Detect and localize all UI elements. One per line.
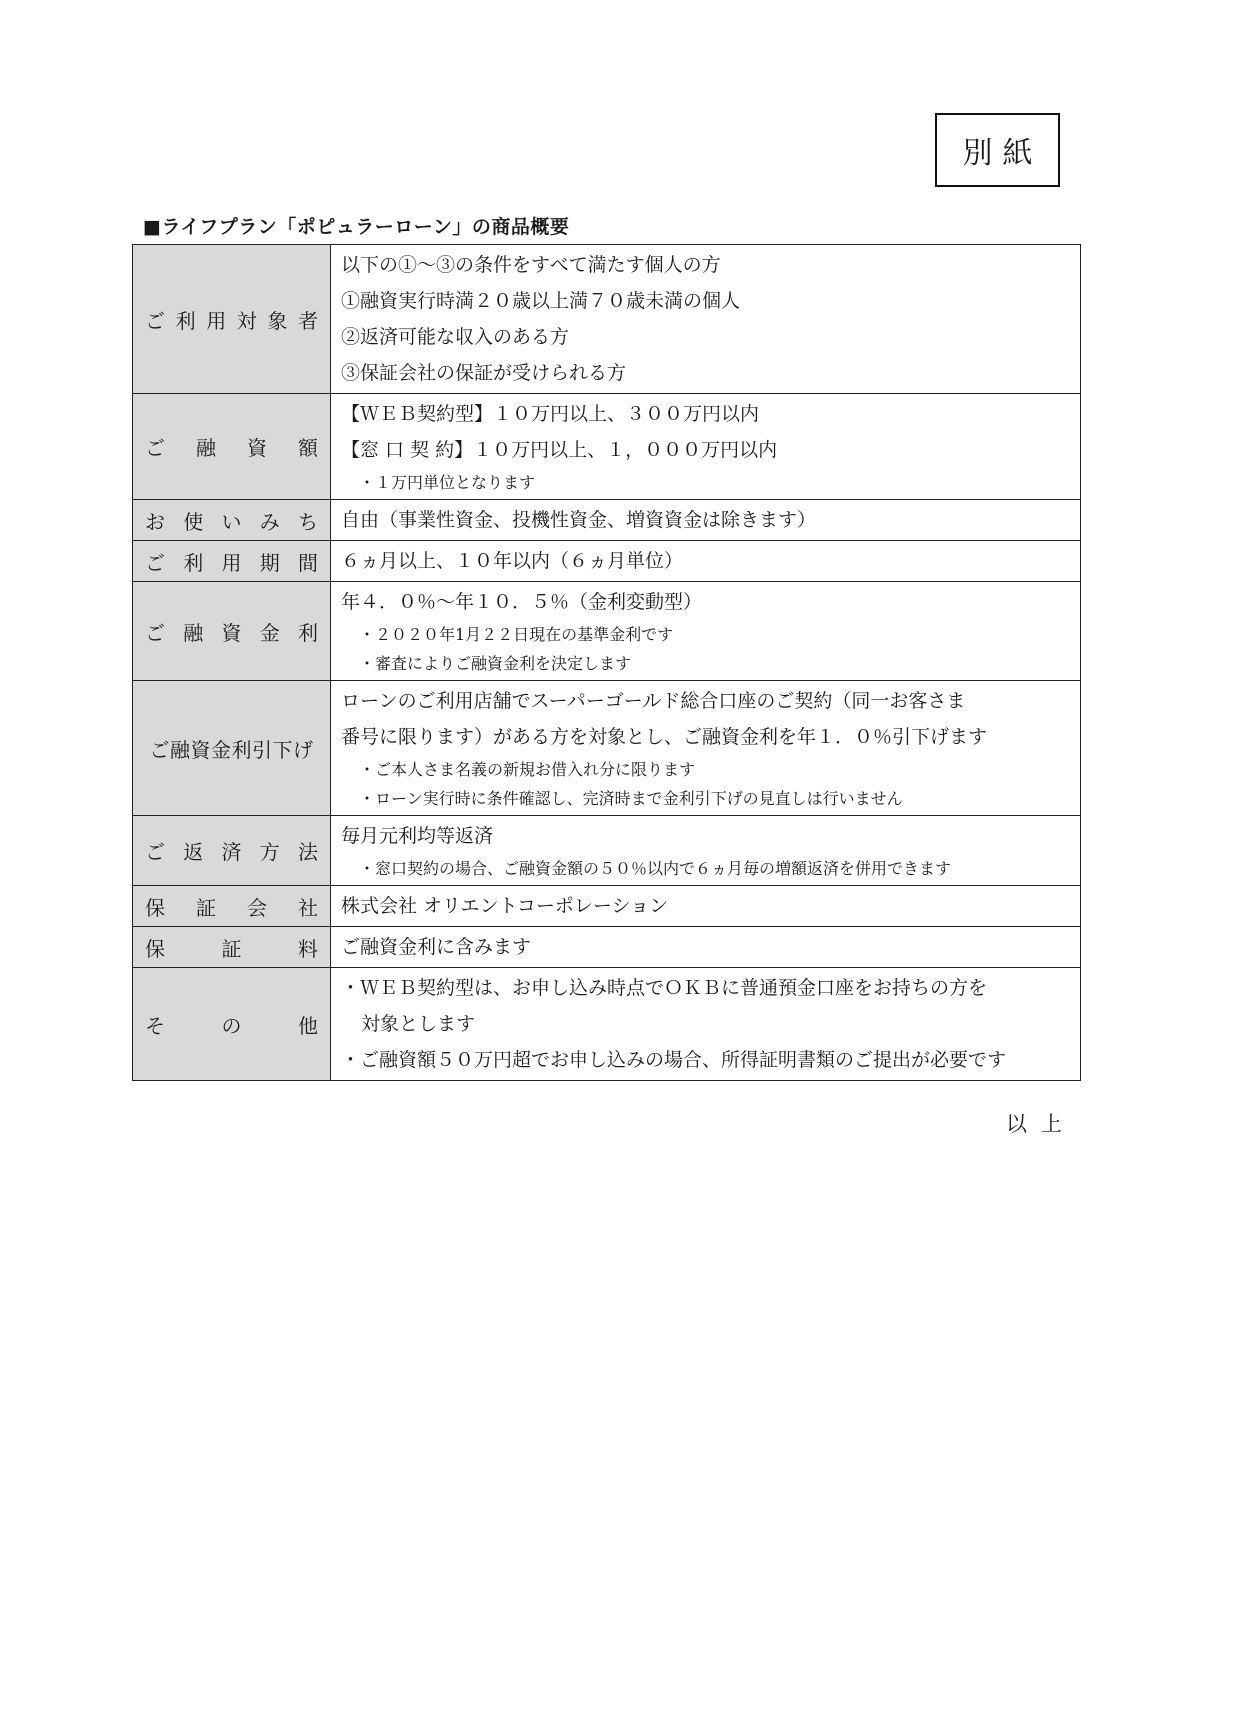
value-line: ②返済可能な収入のある方: [341, 319, 1070, 355]
row-label-cell: ご利用対象者: [133, 245, 331, 394]
row-value-cell: 年４．０％～年１０．５％（金利変動型）・２０２０年1月２２日現在の基準金利です・…: [331, 582, 1081, 681]
attachment-stamp: 別紙: [935, 113, 1060, 187]
row-label: ご融資金利: [145, 617, 318, 646]
row-label-cell: ご利用期間: [133, 541, 331, 582]
value-line: 年４．０％～年１０．５％（金利変動型）: [341, 584, 1070, 620]
row-label-char: 証: [196, 892, 216, 921]
row-label-char: ご: [150, 734, 171, 763]
row-label-char: 使: [183, 506, 203, 535]
row-label: お使いみち: [145, 506, 318, 535]
value-line: ご融資金利に含みます: [341, 929, 1070, 965]
row-label-cell: ご返済方法: [133, 816, 331, 886]
row-label: ご返済方法: [145, 836, 318, 865]
row-label-char: 法: [298, 836, 318, 865]
table-row: 保証料ご融資金利に含みます: [133, 927, 1081, 968]
row-label-char: 返: [183, 836, 203, 865]
table-row: ご返済方法毎月元利均等返済・窓口契約の場合、ご融資金額の５０％以内で６ヵ月毎の増…: [133, 816, 1081, 886]
value-line: 対象とします: [341, 1006, 1070, 1042]
row-label-char: 利: [232, 734, 253, 763]
row-label-char: の: [222, 1010, 242, 1039]
closing-mark: 以上: [1006, 1108, 1076, 1138]
row-label-char: 額: [298, 432, 318, 461]
value-line: ローンのご利用店舗でスーパーゴールド総合口座のご契約（同一お客さま: [341, 683, 1070, 719]
row-label-char: 用: [222, 547, 242, 576]
row-label-cell: ご融資額: [133, 394, 331, 500]
row-label-char: い: [222, 506, 242, 535]
row-value-cell: 以下の①～③の条件をすべて満たす個人の方①融資実行時満２０歳以上満７０歳未満の個…: [331, 245, 1081, 394]
row-label-char: ご: [145, 836, 165, 865]
row-label-char: 象: [267, 305, 287, 334]
row-label: 保証会社: [145, 892, 318, 921]
row-label-char: 利: [183, 547, 203, 576]
row-label: その他: [145, 1010, 318, 1039]
note-line: ・１万円単位となります: [341, 468, 1070, 497]
row-value-cell: 【ＷＥＢ契約型】１０万円以上、３００万円以内【窓 口 契 約】１０万円以上、１，…: [331, 394, 1081, 500]
row-label: 保証料: [145, 933, 318, 962]
row-label-char: 済: [222, 836, 242, 865]
value-line: 以下の①～③の条件をすべて満たす個人の方: [341, 247, 1070, 283]
product-summary-table: ご利用対象者以下の①～③の条件をすべて満たす個人の方①融資実行時満２０歳以上満７…: [132, 244, 1081, 1081]
value-line: 【窓 口 契 約】１０万円以上、１，０００万円以内: [341, 432, 1070, 468]
note-line: ・ご本人さま名義の新規お借入れ分に限ります: [341, 755, 1070, 784]
row-label-char: 資: [191, 734, 212, 763]
row-label-char: ち: [298, 506, 318, 535]
row-label-char: 期: [260, 547, 280, 576]
value-line: ①融資実行時満２０歳以上満７０歳未満の個人: [341, 283, 1070, 319]
row-label-cell: 保証料: [133, 927, 331, 968]
row-label-char: 保: [145, 892, 165, 921]
row-label-char: 用: [206, 305, 226, 334]
table-row: お使いみち自由（事業性資金、投機性資金、増資資金は除きます）: [133, 500, 1081, 541]
table-row: その他・ＷＥＢ契約型は、お申し込み時点でＯＫＢに普通預金口座をお持ちの方を対象と…: [133, 968, 1081, 1081]
value-line: ６ヵ月以上、１０年以内（６ヵ月単位）: [341, 543, 1070, 579]
row-label-char: お: [145, 506, 165, 535]
row-label-char: 間: [298, 547, 318, 576]
row-value-cell: 株式会社 オリエントコーポレーション: [331, 886, 1081, 927]
row-value-cell: ご融資金利に含みます: [331, 927, 1081, 968]
row-label-char: み: [260, 506, 280, 535]
row-label-char: 金: [260, 617, 280, 646]
row-value-cell: 自由（事業性資金、投機性資金、増資資金は除きます）: [331, 500, 1081, 541]
row-label-char: 利: [298, 617, 318, 646]
note-line: ・審査によりご融資金利を決定します: [341, 649, 1070, 678]
row-label-char: ご: [145, 617, 165, 646]
value-line: ・ＷＥＢ契約型は、お申し込み時点でＯＫＢに普通預金口座をお持ちの方を: [341, 970, 1070, 1006]
table-row: ご利用期間６ヵ月以上、１０年以内（６ヵ月単位）: [133, 541, 1081, 582]
row-label-char: 保: [145, 933, 165, 962]
note-line: ・２０２０年1月２２日現在の基準金利です: [341, 620, 1070, 649]
table-row: 保証会社株式会社 オリエントコーポレーション: [133, 886, 1081, 927]
row-label-char: 金: [211, 734, 232, 763]
row-label-cell: お使いみち: [133, 500, 331, 541]
row-label-char: 証: [222, 933, 242, 962]
row-label-char: 資: [222, 617, 242, 646]
row-label-char: ご: [145, 305, 165, 334]
row-label-char: 融: [196, 432, 216, 461]
value-line: ③保証会社の保証が受けられる方: [341, 355, 1070, 391]
row-value-cell: ・ＷＥＢ契約型は、お申し込み時点でＯＫＢに普通預金口座をお持ちの方を対象とします…: [331, 968, 1081, 1081]
value-line: ・ご融資額５０万円超でお申し込みの場合、所得証明書類のご提出が必要です: [341, 1042, 1070, 1078]
table-row: ご融資金利引下げローンのご利用店舗でスーパーゴールド総合口座のご契約（同一お客さ…: [133, 681, 1081, 816]
row-label-char: 方: [260, 836, 280, 865]
row-label: ご利用対象者: [145, 305, 318, 334]
row-value-cell: ６ヵ月以上、１０年以内（６ヵ月単位）: [331, 541, 1081, 582]
row-label-char: 資: [247, 432, 267, 461]
value-line: 番号に限ります）がある方を対象とし、ご融資金利を年１．０％引下げます: [341, 719, 1070, 755]
row-label: ご融資額: [145, 432, 318, 461]
row-value-cell: 毎月元利均等返済・窓口契約の場合、ご融資金額の５０％以内で６ヵ月毎の増額返済を併…: [331, 816, 1081, 886]
row-value-cell: ローンのご利用店舗でスーパーゴールド総合口座のご契約（同一お客さま番号に限ります…: [331, 681, 1081, 816]
value-line: 毎月元利均等返済: [341, 818, 1070, 854]
row-label-char: 料: [298, 933, 318, 962]
row-label-char: 社: [298, 892, 318, 921]
table-row: ご利用対象者以下の①～③の条件をすべて満たす個人の方①融資実行時満２０歳以上満７…: [133, 245, 1081, 394]
row-label: ご融資金利引下げ: [145, 734, 318, 763]
value-line: 【ＷＥＢ契約型】１０万円以上、３００万円以内: [341, 396, 1070, 432]
document-title: ■ライフプラン「ポピュラーローン」の商品概要: [143, 212, 569, 239]
row-label-char: 融: [183, 617, 203, 646]
row-label-char: 対: [237, 305, 257, 334]
row-label-char: そ: [145, 1010, 165, 1039]
row-label-char: 会: [247, 892, 267, 921]
row-label-cell: その他: [133, 968, 331, 1081]
row-label-char: 引: [252, 734, 273, 763]
table-row: ご融資金利年４．０％～年１０．５％（金利変動型）・２０２０年1月２２日現在の基準…: [133, 582, 1081, 681]
row-label-char: ご: [145, 547, 165, 576]
row-label-char: 者: [298, 305, 318, 334]
row-label-char: 下: [273, 734, 294, 763]
row-label-char: 融: [170, 734, 191, 763]
value-line: 自由（事業性資金、投機性資金、増資資金は除きます）: [341, 502, 1070, 538]
row-label-cell: ご融資金利引下げ: [133, 681, 331, 816]
note-line: ・ローン実行時に条件確認し、完済時まで金利引下げの見直しは行いません: [341, 784, 1070, 813]
row-label-char: げ: [293, 734, 314, 763]
row-label-char: ご: [145, 432, 165, 461]
row-label: ご利用期間: [145, 547, 318, 576]
row-label-cell: ご融資金利: [133, 582, 331, 681]
table-row: ご融資額【ＷＥＢ契約型】１０万円以上、３００万円以内【窓 口 契 約】１０万円以…: [133, 394, 1081, 500]
value-line: 株式会社 オリエントコーポレーション: [341, 888, 1070, 924]
row-label-char: 利: [176, 305, 196, 334]
note-line: ・窓口契約の場合、ご融資金額の５０％以内で６ヵ月毎の増額返済を併用できます: [341, 854, 1070, 883]
row-label-cell: 保証会社: [133, 886, 331, 927]
row-label-char: 他: [298, 1010, 318, 1039]
